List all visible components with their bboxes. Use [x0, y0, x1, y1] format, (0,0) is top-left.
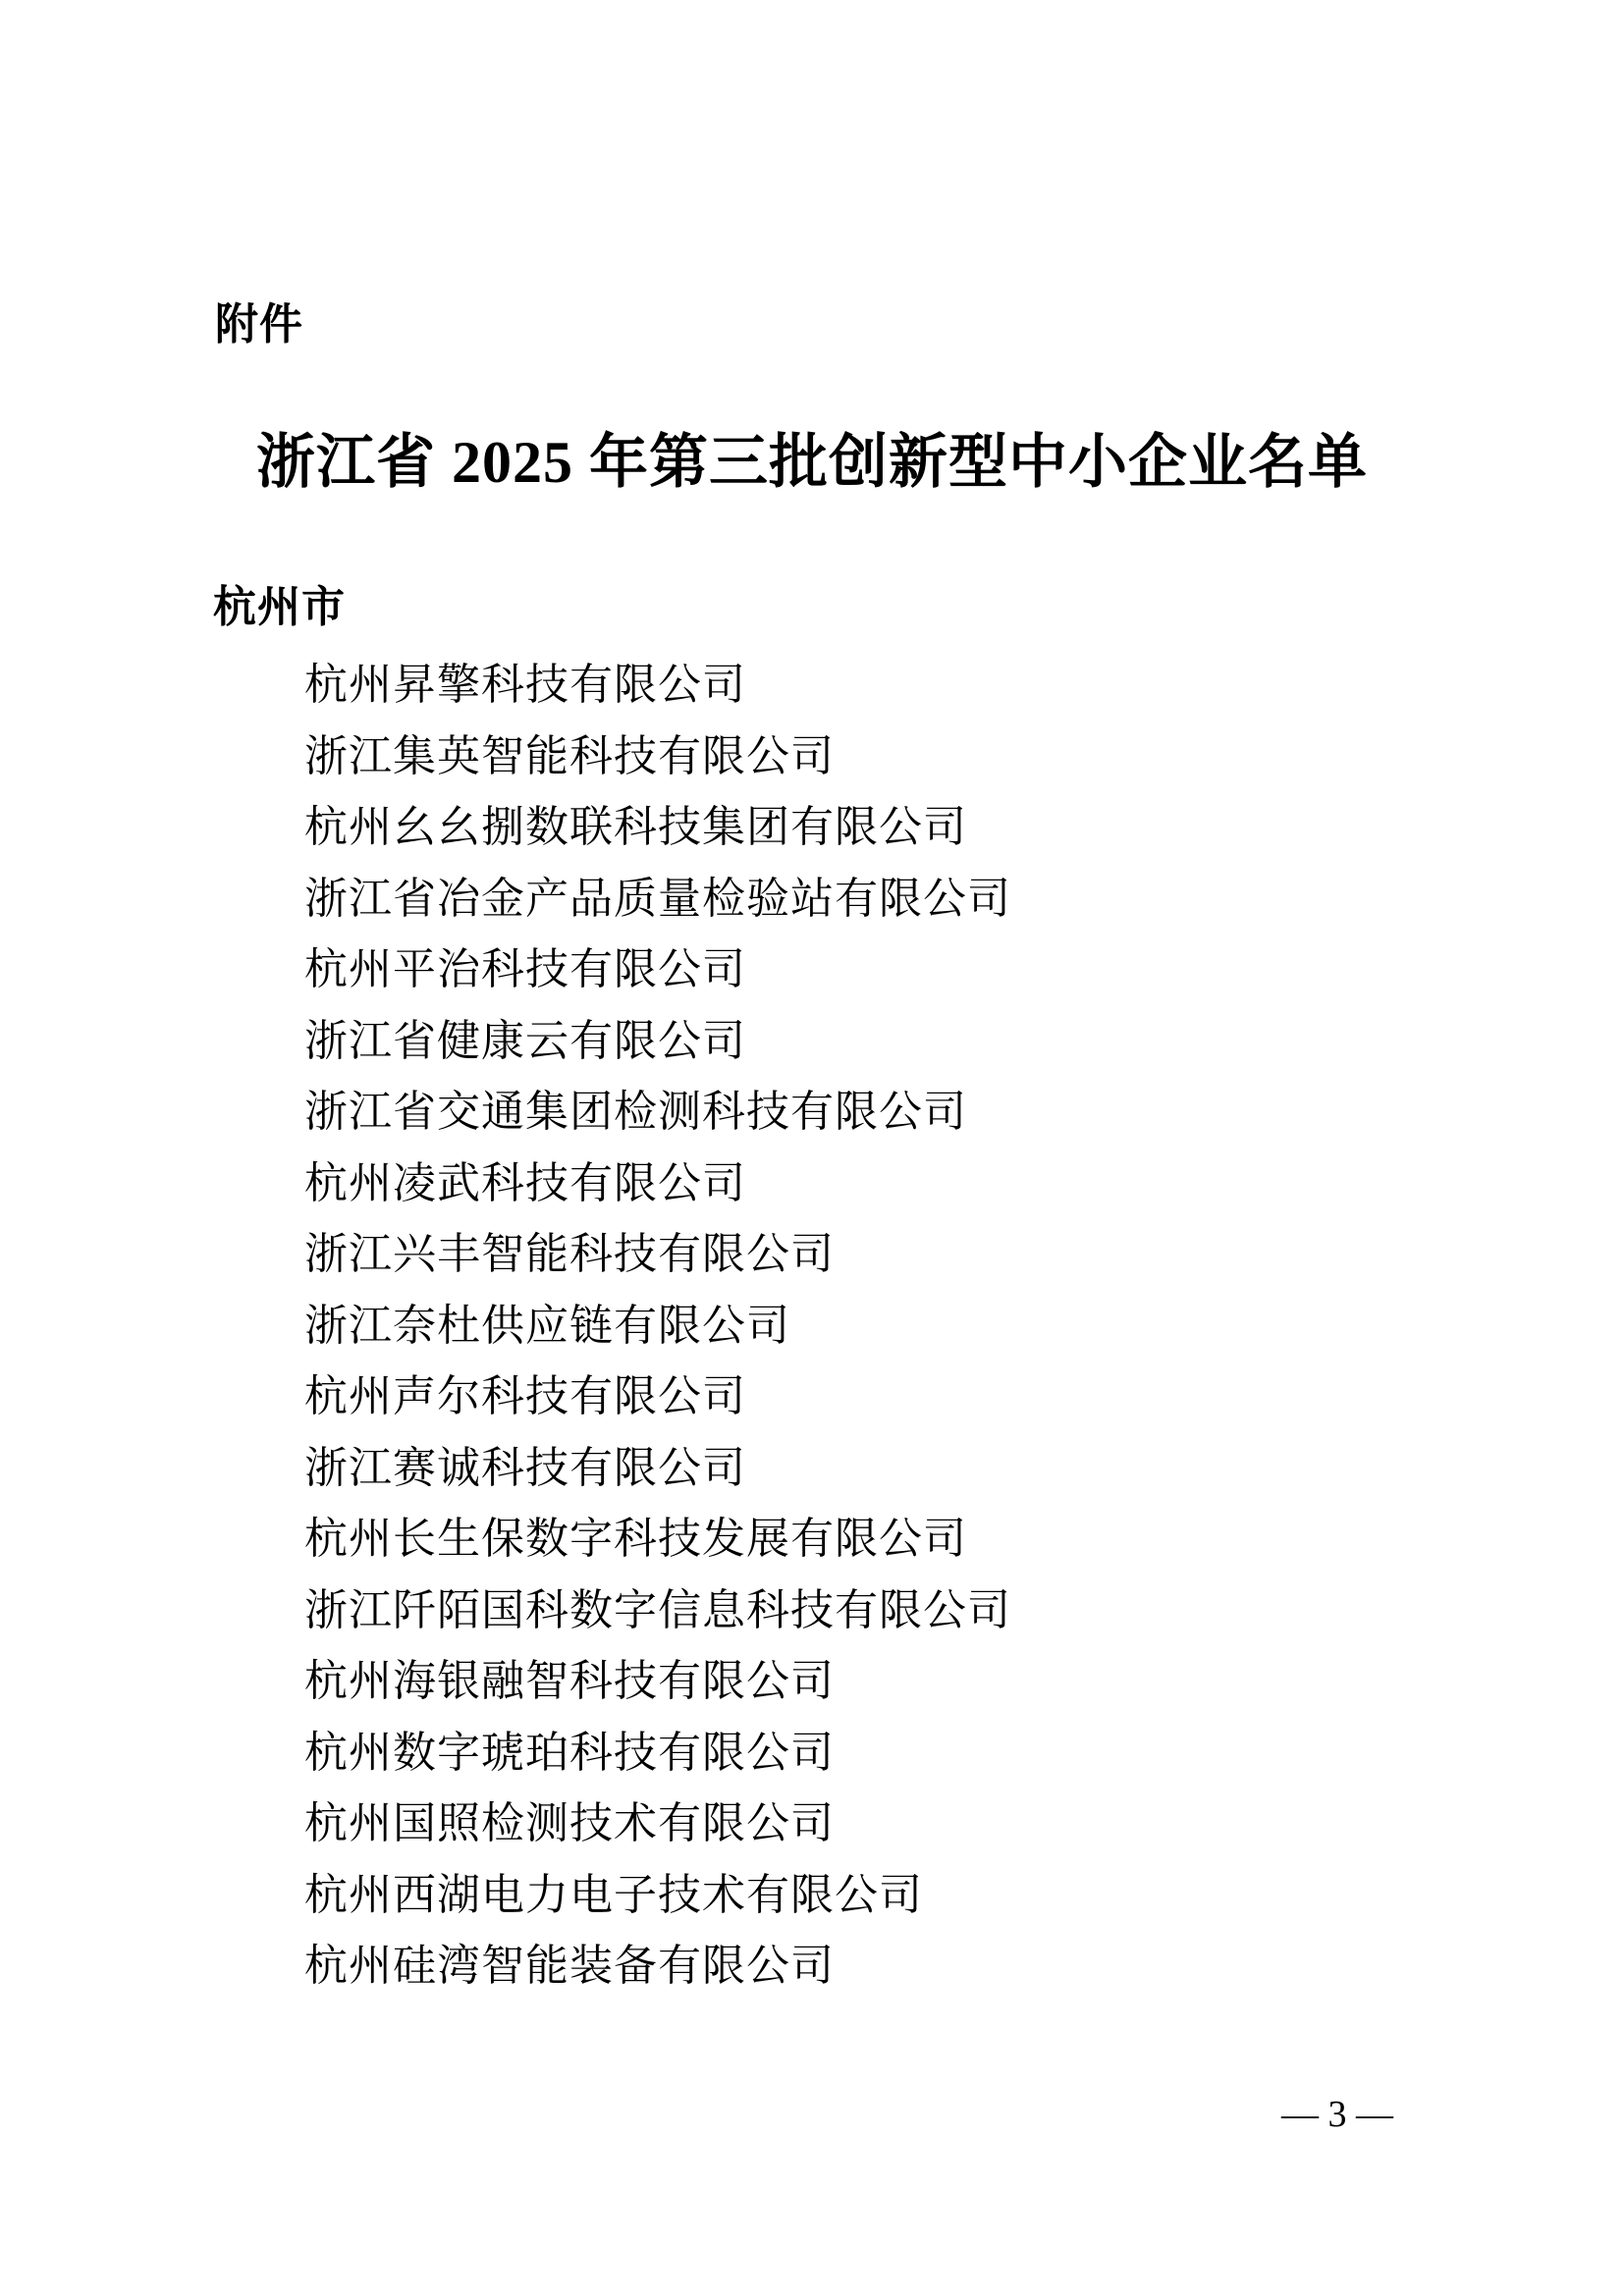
section-city-header: 杭州市 — [213, 584, 346, 631]
company-list-item: 杭州昇擎科技有限公司 — [304, 645, 1526, 717]
company-list-item: 杭州平治科技有限公司 — [304, 930, 1526, 1001]
company-list-item: 浙江奈杜供应链有限公司 — [304, 1286, 1526, 1358]
company-list-item: 浙江省交通集团检测科技有限公司 — [304, 1072, 1526, 1144]
company-list-item: 杭州西湖电力电子技术有限公司 — [304, 1855, 1526, 1927]
company-list-item: 浙江省冶金产品质量检验站有限公司 — [304, 859, 1526, 931]
company-list-item: 浙江阡陌国科数字信息科技有限公司 — [304, 1571, 1526, 1642]
company-list-item: 杭州海银融智科技有限公司 — [304, 1641, 1526, 1713]
company-list: 杭州昇擎科技有限公司浙江集英智能科技有限公司杭州幺幺捌数联科技集团有限公司浙江省… — [304, 645, 1526, 1998]
company-list-item: 杭州声尔科技有限公司 — [304, 1357, 1526, 1428]
company-list-item: 杭州幺幺捌数联科技集团有限公司 — [304, 787, 1526, 859]
company-list-item: 杭州数字琥珀科技有限公司 — [304, 1713, 1526, 1785]
company-list-item: 杭州硅湾智能装备有限公司 — [304, 1926, 1526, 1998]
company-list-item: 杭州国照检测技术有限公司 — [304, 1784, 1526, 1855]
company-list-item: 浙江兴丰智能科技有限公司 — [304, 1214, 1526, 1286]
attachment-label: 附件 — [215, 302, 303, 347]
page-number: — 3 — — [1219, 2094, 1455, 2135]
company-list-item: 浙江集英智能科技有限公司 — [304, 717, 1526, 788]
company-list-item: 杭州长生保数字科技发展有限公司 — [304, 1499, 1526, 1571]
company-list-item: 杭州凌武科技有限公司 — [304, 1144, 1526, 1215]
document-page: 附件 浙江省 2025 年第三批创新型中小企业名单 杭州市 杭州昇擎科技有限公司… — [0, 0, 1624, 2296]
company-list-item: 浙江省健康云有限公司 — [304, 1001, 1526, 1073]
document-title: 浙江省 2025 年第三批创新型中小企业名单 — [0, 430, 1624, 495]
company-list-item: 浙江赛诚科技有限公司 — [304, 1428, 1526, 1500]
